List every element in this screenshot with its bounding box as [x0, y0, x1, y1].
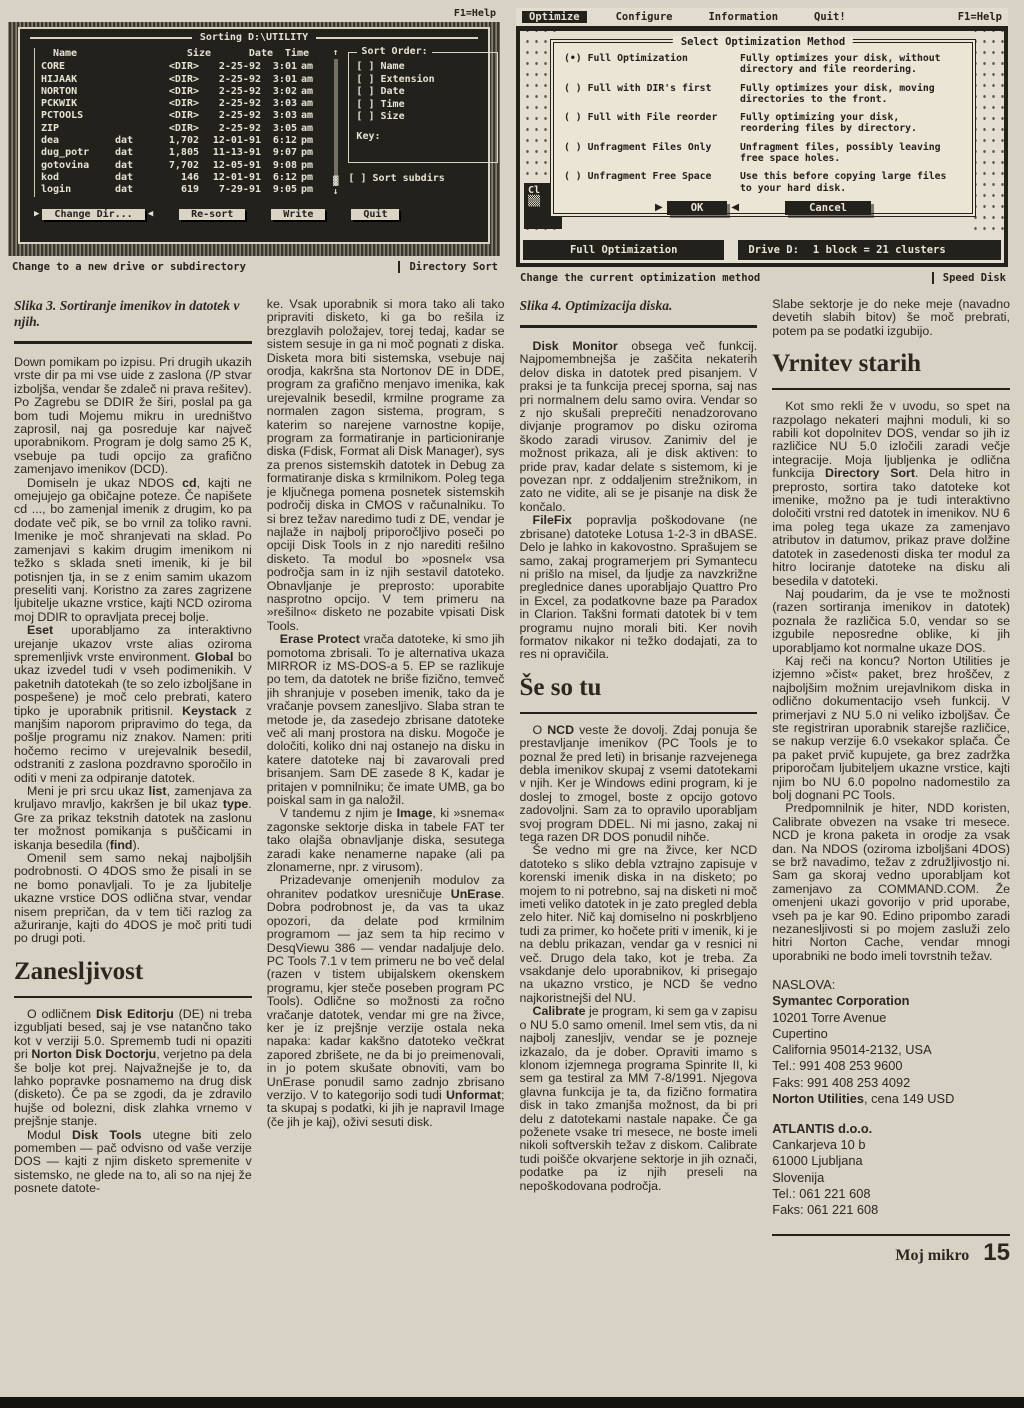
menu-item-optimize[interactable]: Optimize	[522, 11, 587, 23]
cell: am	[297, 98, 321, 110]
cell: 12-01-91	[199, 135, 261, 147]
paragraph: Omenil sem samo nekaj najboljših podrobn…	[14, 852, 252, 946]
cell: NORTON	[41, 86, 115, 98]
cell: am	[297, 74, 321, 86]
button-group: ▶Change Dir...◀	[34, 209, 153, 220]
paragraph: Modul Disk Tools utegne biti zelo pomemb…	[14, 1129, 252, 1196]
article-column-1: Slika 3. Sortiranje imenikov in datotek …	[14, 298, 252, 1382]
cell: 3:02	[261, 86, 297, 98]
cell	[115, 123, 147, 135]
paragraph: Meni je pri srcu ukaz list, zamenjava za…	[14, 785, 252, 852]
radio-option-description: Fully optimizes your disk, moving direct…	[740, 83, 962, 106]
cell: 2-25-92	[199, 61, 261, 73]
radio-option-row[interactable]: ( ) Full with DIR's firstFully optimizes…	[564, 83, 962, 106]
window-title: Sorting D:\UTILITY	[200, 32, 308, 43]
address-line: California 95014-2132, USA	[772, 1042, 1010, 1058]
cell: 2-25-92	[199, 98, 261, 110]
column-header-size[interactable]: Size	[159, 48, 211, 60]
article-column-4: Slabe sektorje je do neke meje (navadno …	[772, 298, 1010, 1382]
radio-option-row[interactable]: (•) Full OptimizationFully optimizes you…	[564, 53, 962, 76]
radio-option-row[interactable]: ( ) Unfragment Free SpaceUse this before…	[564, 171, 962, 194]
cell: kod	[41, 172, 115, 184]
cell: 9:07	[261, 147, 297, 159]
address-line: Tel.: 061 221 608	[772, 1186, 1010, 1202]
paragraph: Calibrate je program, ki sem ga v zapisu…	[520, 1005, 758, 1193]
page-number: 15	[983, 1246, 1010, 1259]
cell: pm	[297, 184, 321, 196]
sort-option-checkbox[interactable]: [ ] Size	[356, 111, 490, 124]
table-row[interactable]: gotovinadat7,70212-05-919:08pm	[41, 160, 333, 172]
cell: CORE	[41, 61, 115, 73]
status-message: Change to a new drive or subdirectory	[12, 261, 246, 273]
paragraph: Kot smo rekli že v uvodu, so spet na raz…	[772, 400, 1010, 588]
table-row[interactable]: CORE<DIR>2-25-923:01am	[41, 61, 333, 73]
paragraph: Še vedno mi gre na živce, ker NCD datote…	[520, 844, 758, 1005]
cell: 3:05	[261, 123, 297, 135]
radio-option-label[interactable]: (•) Full Optimization	[564, 53, 740, 76]
scroll-track[interactable]	[334, 59, 338, 176]
paragraph: Slabe sektorje je do neke meje (navadno …	[772, 298, 1010, 338]
table-row[interactable]: koddat14612-01-916:12pm	[41, 172, 333, 184]
help-hint: F1=Help	[8, 8, 500, 22]
cell: 1,805	[147, 147, 199, 159]
cell: pm	[297, 172, 321, 184]
cell: 3:01	[261, 74, 297, 86]
app-name-label: Directory Sort	[398, 261, 498, 273]
address-line: Symantec Corporation	[772, 993, 1010, 1009]
title-rule	[316, 37, 478, 39]
cell: <DIR>	[147, 123, 199, 135]
selection-arrow-right-icon: ◀	[731, 202, 739, 213]
cell: 6:12	[261, 135, 297, 147]
address-block: NASLOVA:Symantec Corporation10201 Torre …	[772, 977, 1010, 1218]
cell: 146	[147, 172, 199, 184]
cell: <DIR>	[147, 61, 199, 73]
address-line: 10201 Torre Avenue	[772, 1010, 1010, 1026]
sort-order-box: Sort Order: [ ] Name[ ] Extension[ ] Dat…	[348, 52, 498, 163]
cell: am	[297, 123, 321, 135]
article-body: Slika 3. Sortiranje imenikov in datotek …	[0, 284, 1024, 1382]
directory-sort-window: Sorting D:\UTILITY Name Size Date Time	[18, 27, 490, 244]
sort-option-checkbox[interactable]: [ ] Date	[356, 86, 490, 99]
radio-option-description: Use this before copying large files to y…	[740, 171, 962, 194]
paragraph: Disk Monitor obsega več funkcij. Najpome…	[520, 340, 758, 514]
help-hint: F1=Help	[958, 11, 1002, 23]
sort-order-title: Sort Order:	[357, 46, 431, 57]
section-heading: Zanesljivost	[14, 958, 252, 998]
cell: 7-29-91	[199, 184, 261, 196]
radio-option-label[interactable]: ( ) Unfragment Files Only	[564, 142, 740, 165]
address-line: Norton Utilities, cena 149 USD	[772, 1091, 1010, 1107]
article-column-2: ke. Vsak uporabnik si mora tako ali tako…	[267, 298, 505, 1382]
table-row[interactable]: ZIP<DIR>2-25-923:05am	[41, 123, 333, 135]
cell: PCKWIK	[41, 98, 115, 110]
drive-info-bar: Drive D: 1 block = 21 clusters	[738, 240, 1001, 260]
cell: 2-25-92	[199, 110, 261, 122]
table-row[interactable]: NORTON<DIR>2-25-923:02am	[41, 86, 333, 98]
section-heading: Vrnitev starih	[772, 350, 1010, 390]
disk-map: Cl ▒▒ Select Optimization Method (•) Ful…	[520, 31, 1004, 263]
cell: 9:05	[261, 184, 297, 196]
paragraph: Predpomnilnik je hiter, NDD koristen, Ca…	[772, 802, 1010, 963]
cell: 3:01	[261, 61, 297, 73]
table-row[interactable]: logindat6197-29-919:05pm	[41, 184, 333, 196]
menu-bar: OptimizeConfigureInformationQuit! F1=Hel…	[516, 8, 1008, 26]
screenshot-directory-sort: F1=Help Sorting D:\UTILITY Name Size	[8, 8, 500, 284]
sort-option-checkbox[interactable]: [ ] Time	[356, 99, 490, 112]
cell: pm	[297, 147, 321, 159]
address-line: Faks: 061 221 608	[772, 1202, 1010, 1218]
paragraph: Down pomikam po izpisu. Pri drugih ukazi…	[14, 356, 252, 477]
radio-option-description: Fully optimizing your disk, reordering f…	[740, 112, 962, 135]
radio-option-row[interactable]: ( ) Unfragment Files OnlyUnfragment file…	[564, 142, 962, 165]
table-row[interactable]: HIJAAK<DIR>2-25-923:01am	[41, 74, 333, 86]
cell: pm	[297, 160, 321, 172]
status-message: Change the current optimization method	[520, 272, 760, 284]
ok-button-group: ▶ OK ◀	[655, 201, 739, 215]
figure-caption: Slika 3. Sortiranje imenikov in datotek …	[14, 298, 252, 344]
dialog-button-write[interactable]: Write	[271, 209, 325, 220]
figure-caption: Slika 4. Optimizacija diska.	[520, 298, 758, 328]
dos-hatch-background: Sorting D:\UTILITY Name Size Date Time	[8, 22, 500, 256]
address-line: Cupertino	[772, 1026, 1010, 1042]
paragraph: V tandemu z njim je Image, ki »snema« za…	[267, 807, 505, 874]
paragraph: Domiseln je ukaz NDOS cd, kajti ne omeju…	[14, 477, 252, 624]
drive-label: Drive D:	[748, 244, 799, 256]
page-bottom-scan-edge	[0, 1397, 1024, 1408]
address-gap	[772, 1107, 1010, 1121]
block-info: 1 block = 21 clusters	[813, 244, 946, 256]
section-heading: Še so tu	[520, 674, 758, 714]
page-footer: Moj mikro15	[772, 1234, 1010, 1262]
title-rule	[30, 37, 192, 39]
address-line: 61000 Ljubljana	[772, 1153, 1010, 1169]
paragraph: Eset uporabljamo za interaktivno urejanj…	[14, 624, 252, 785]
window-title-bar: Sorting D:\UTILITY	[20, 29, 488, 44]
cell: 3:03	[261, 110, 297, 122]
cell: am	[297, 110, 321, 122]
selection-arrow-left-icon: ▶	[655, 202, 663, 213]
cell: HIJAAK	[41, 74, 115, 86]
cell: 1,702	[147, 135, 199, 147]
cell: <DIR>	[147, 74, 199, 86]
cell: 7,702	[147, 160, 199, 172]
dialog-button-change-dir[interactable]: Change Dir...	[42, 209, 144, 220]
cell: dea	[41, 135, 115, 147]
cell: dat	[115, 184, 147, 196]
address-line: NASLOVA:	[772, 977, 1010, 993]
paragraph: Naj poudarim, da je vse te možnosti (raz…	[772, 588, 1010, 655]
radio-option-label[interactable]: ( ) Unfragment Free Space	[564, 171, 740, 194]
menu-item-configure[interactable]: Configure	[609, 11, 680, 23]
cell: 2-25-92	[199, 123, 261, 135]
address-line: ATLANTIS d.o.o.	[772, 1121, 1010, 1137]
current-method-bar: Full Optimization	[523, 240, 724, 260]
cell: dat	[115, 135, 147, 147]
cell: <DIR>	[147, 98, 199, 110]
sort-option-checkbox[interactable]: [ ] Name	[356, 61, 490, 74]
ok-button[interactable]: OK	[667, 201, 728, 215]
paragraph: FileFix popravlja poškodovane (ne zbrisa…	[520, 514, 758, 661]
dialog-button-quit[interactable]: Quit	[351, 209, 399, 220]
paragraph: O NCD veste že dovolj. Zdaj ponuja še pr…	[520, 724, 758, 845]
speed-disk-screen: Cl ▒▒ Select Optimization Method (•) Ful…	[516, 26, 1008, 267]
cancel-button[interactable]: Cancel	[785, 201, 871, 215]
cell: dug_potr	[41, 147, 115, 159]
cell: login	[41, 184, 115, 196]
screenshots-strip: F1=Help Sorting D:\UTILITY Name Size	[0, 0, 1024, 284]
screenshot-speed-disk: OptimizeConfigureInformationQuit! F1=Hel…	[516, 8, 1008, 284]
cell: 2-25-92	[199, 86, 261, 98]
cell: 12-01-91	[199, 172, 261, 184]
menu-item-information[interactable]: Information	[701, 11, 785, 23]
dialog-button-re-sort[interactable]: Re-sort	[179, 209, 245, 220]
cell	[115, 74, 147, 86]
cell: dat	[115, 172, 147, 184]
radio-option-label[interactable]: ( ) Full with DIR's first	[564, 83, 740, 106]
cell: am	[297, 61, 321, 73]
cell: PCTOOLS	[41, 110, 115, 122]
cell: <DIR>	[147, 86, 199, 98]
paragraph: ke. Vsak uporabnik si mora tako ali tako…	[267, 298, 505, 633]
cell	[115, 110, 147, 122]
button-group: Write	[271, 209, 325, 220]
cell: 6:12	[261, 172, 297, 184]
paragraph: Prizadevanje omenjenih modulov za ohrani…	[267, 874, 505, 1129]
selection-arrow-left-icon: ▶	[34, 209, 39, 219]
file-list-header: Name Size Date Time	[41, 48, 333, 60]
cell: 12-05-91	[199, 160, 261, 172]
sort-key-label: Key:	[356, 131, 490, 142]
address-line: Tel.: 991 408 253 9600	[772, 1058, 1010, 1074]
button-group: Re-sort	[179, 209, 245, 220]
menu-item-quit[interactable]: Quit!	[807, 11, 853, 23]
radio-option-label[interactable]: ( ) Full with File reorder	[564, 112, 740, 135]
radio-option-row[interactable]: ( ) Full with File reorderFully optimizi…	[564, 112, 962, 135]
cell	[115, 61, 147, 73]
cell: ZIP	[41, 123, 115, 135]
cell: gotovina	[41, 160, 115, 172]
cell: 9:08	[261, 160, 297, 172]
cell: <DIR>	[147, 110, 199, 122]
paragraph: O odličnem Disk Editorju (DE) ni treba i…	[14, 1008, 252, 1129]
sort-subdirs-checkbox[interactable]: [ ] Sort subdirs	[348, 173, 498, 184]
file-list: Name Size Date Time CORE<DIR>2-25-923:01…	[34, 48, 333, 197]
cell: pm	[297, 135, 321, 147]
paragraph: Kaj reči na koncu? Norton Utilities je i…	[772, 655, 1010, 802]
button-group: Quit	[351, 209, 399, 220]
table-row[interactable]: PCKWIK<DIR>2-25-923:03am	[41, 98, 333, 110]
address-line: Faks: 991 408 253 4092	[772, 1075, 1010, 1091]
column-header-name[interactable]: Name	[41, 48, 127, 60]
cell: dat	[115, 147, 147, 159]
column-header-time[interactable]: Time	[273, 48, 309, 60]
cell	[115, 98, 147, 110]
radio-option-description: Unfragment files, possibly leaving free …	[740, 142, 962, 165]
table-row[interactable]: PCTOOLS<DIR>2-25-923:03am	[41, 110, 333, 122]
cell: 11-13-91	[199, 147, 261, 159]
address-line: Cankarjeva 10 b	[772, 1137, 1010, 1153]
table-row[interactable]: deadat1,70212-01-916:12pm	[41, 135, 333, 147]
magazine-name: Moj mikro	[895, 1249, 969, 1262]
cell: am	[297, 86, 321, 98]
cell: 619	[147, 184, 199, 196]
optimization-method-dialog: Select Optimization Method (•) Full Opti…	[550, 39, 976, 217]
column-header-date[interactable]: Date	[211, 48, 273, 60]
app-name-label: Speed Disk	[932, 272, 1006, 284]
status-bar-right-shot: Change the current optimization method S…	[516, 267, 1008, 284]
address-line: Slovenija	[772, 1170, 1010, 1186]
cell: 3:03	[261, 98, 297, 110]
cell	[115, 86, 147, 98]
radio-option-description: Fully optimizes your disk, without direc…	[740, 53, 962, 76]
sort-option-checkbox[interactable]: [ ] Extension	[356, 74, 490, 87]
status-bar-left-shot: Change to a new drive or subdirectory Di…	[8, 256, 500, 273]
cell: dat	[115, 160, 147, 172]
article-column-3: Slika 4. Optimizacija diska.Disk Monitor…	[520, 298, 758, 1382]
dialog-title: Select Optimization Method	[673, 36, 853, 48]
cell: 2-25-92	[199, 74, 261, 86]
magazine-page: F1=Help Sorting D:\UTILITY Name Size	[0, 0, 1024, 1408]
paragraph: Erase Protect vrača datoteke, ki smo jih…	[267, 633, 505, 807]
selection-arrow-right-icon: ◀	[148, 209, 153, 219]
table-row[interactable]: dug_potrdat1,80511-13-919:07pm	[41, 147, 333, 159]
